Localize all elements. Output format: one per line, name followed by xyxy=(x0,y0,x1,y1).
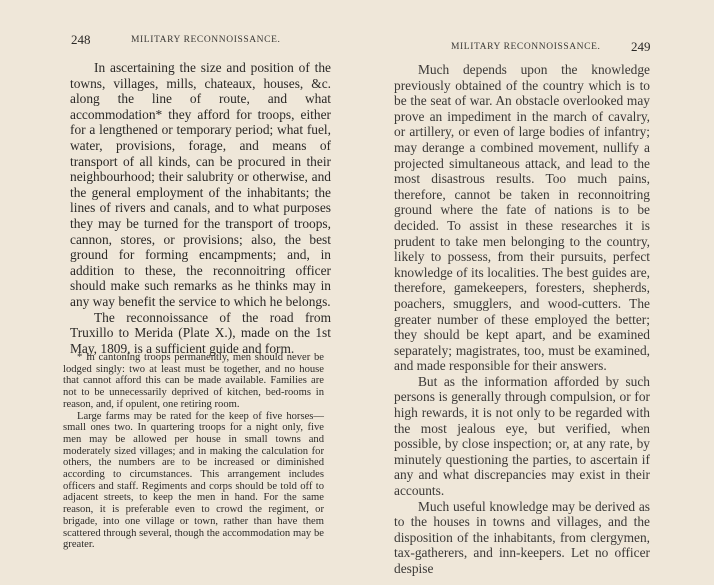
paragraph: But as the information afforded by such … xyxy=(394,374,650,499)
paragraph: Much depends upon the knowledge previous… xyxy=(394,62,650,374)
footnotes: * In cantoning troops permanently, men s… xyxy=(63,352,324,551)
right-body-text: Much depends upon the knowledge previous… xyxy=(394,62,650,577)
page-number-right: 249 xyxy=(631,39,651,55)
running-head-left: MILITARY RECONNOISSANCE. xyxy=(131,35,280,45)
page-number-left: 248 xyxy=(71,32,91,48)
running-head-right: MILITARY RECONNOISSANCE. xyxy=(451,42,600,52)
footnote: Large farms may be rated for the keep of… xyxy=(63,411,324,551)
paragraph: Much useful knowledge may be derived as … xyxy=(394,499,650,577)
footnote: * In cantoning troops permanently, men s… xyxy=(63,352,324,411)
paragraph: The reconnoissance of the road from Trux… xyxy=(70,310,331,357)
paragraph: In ascertaining the size and position of… xyxy=(70,60,331,310)
left-body-text: In ascertaining the size and position of… xyxy=(70,60,331,356)
